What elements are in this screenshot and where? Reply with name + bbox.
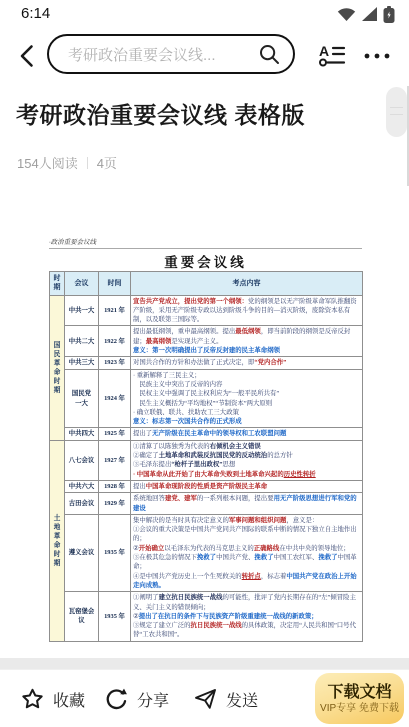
bottom-toolbar: 收藏 分享 发送 下载文档 VIP专享 免费下载 — [0, 669, 409, 727]
ellipsis-icon — [363, 52, 391, 60]
table-header-cell: 考点内容 — [131, 272, 363, 296]
table-header-cell: 会议 — [65, 272, 99, 296]
svg-text:A: A — [319, 43, 329, 59]
send-label: 发送 — [226, 688, 258, 711]
conference-cell: 遵义会议 — [65, 514, 99, 591]
conference-table-wrap: 时期会议时间考点内容 国 民 革 命 时 期中共一大1921 年宣告共产党成立，… — [49, 271, 362, 642]
time-cell: 1935 年 — [99, 514, 131, 591]
conference-table: 时期会议时间考点内容 国 民 革 命 时 期中共一大1921 年宣告共产党成立，… — [49, 271, 363, 642]
star-icon — [20, 687, 45, 711]
status-bar: 6:14 — [0, 0, 409, 28]
table-row: 中共六大1928 年提出中国革命现阶段的性质是资产阶级民主革命 — [50, 480, 363, 492]
table-row: 国民党 一大1924 年· 重新解释了三民主义； 民族主义中突出了反帝的内容 民… — [50, 369, 363, 428]
table-row: 国 民 革 命 时 期中共一大1921 年宣告共产党成立，提出党的第一个纲领：党… — [50, 295, 363, 326]
send-button[interactable]: 发送 — [193, 670, 258, 727]
time-cell: 1924 年 — [99, 369, 131, 428]
nav-bar: 考研政治重要会议线... A — [0, 28, 409, 84]
cell-signal-icon — [361, 7, 378, 22]
content-cell: 提出中国革命现阶段的性质是资产阶级民主革命 — [131, 480, 363, 492]
time-cell: 1928 年 — [99, 480, 131, 492]
table-row: 古田会议1929 年系统地回答建党、建军的一系列根本问题，提出要用无产阶级思想进… — [50, 493, 363, 515]
conference-cell: 中共六大 — [65, 480, 99, 492]
table-row: 中共二大1922 年提出最低纲领，重申最高纲领。提出最低纲领，即当前阶段的纲领是… — [50, 326, 363, 357]
clock: 6:14 — [21, 5, 50, 22]
conference-cell: 国民党 一大 — [65, 369, 99, 428]
favorite-label: 收藏 — [53, 688, 85, 711]
download-subtitle: VIP专享 免费下载 — [320, 702, 399, 715]
content-cell: 提出了无产阶级在民主革命中的领导权和工农联盟问题 — [131, 428, 363, 440]
conference-cell: 古田会议 — [65, 493, 99, 515]
battery-icon — [383, 6, 395, 23]
content-cell: 集中解决的是当时具有决定意义的军事问题和组织问题，意义是：①会议的重大决策是中国… — [131, 514, 363, 591]
read-count: 154人阅读 — [17, 153, 78, 172]
table-header-cell: 时间 — [99, 272, 131, 296]
search-input[interactable]: 考研政治重要会议线... — [47, 34, 295, 74]
search-placeholder: 考研政治重要会议线... — [68, 44, 259, 65]
content-cell: 宣告共产党成立，提出党的第一个纲领：党的纲领是以无产阶级革命军队推翻资产阶级，采… — [131, 295, 363, 326]
chevron-left-icon — [19, 44, 34, 68]
conference-cell: 中共一大 — [65, 295, 99, 326]
table-row: 中共四大1925 年提出了无产阶级在民主革命中的领导权和工农联盟问题 — [50, 428, 363, 440]
table-header-cell: 时期 — [50, 272, 65, 296]
download-button[interactable]: 下载文档 VIP专享 免费下载 — [315, 673, 404, 724]
conference-cell: 中共四大 — [65, 428, 99, 440]
content-cell: 系统地回答建党、建军的一系列根本问题，提出要用无产阶级思想进行军和党的建设 — [131, 493, 363, 515]
meta-divider — [87, 157, 88, 169]
table-row: 遵义会议1935 年集中解决的是当时具有决定意义的军事问题和组织问题，意义是：①… — [50, 514, 363, 591]
conference-cell: 瓦窑堡会议 — [65, 592, 99, 641]
doc-meta: 154人阅读 4页 — [17, 153, 117, 172]
table-header-row: 时期会议时间考点内容 — [50, 272, 363, 296]
table-row: 瓦窑堡会议1935 年①阐明了建立抗日民族统一战线的可能性，批评了党内长期存在的… — [50, 592, 363, 641]
document-running-header: ·政治重要会议线 — [49, 237, 362, 249]
wifi-icon — [337, 7, 356, 22]
conference-cell: 中共三大 — [65, 357, 99, 369]
conference-cell: 八七会议 — [65, 440, 99, 480]
share-label: 分享 — [137, 688, 169, 711]
time-cell: 1922 年 — [99, 326, 131, 357]
magnifier-icon[interactable] — [259, 44, 280, 65]
page-count: 4页 — [97, 153, 117, 172]
period-cell: 土 地 革 命 时 期 — [50, 440, 65, 641]
text-settings-icon: A — [319, 43, 347, 69]
time-cell: 1929 年 — [99, 493, 131, 515]
content-cell: · 重新解释了三民主义； 民族主义中突出了反帝的内容 民权主义中强调了民主权利应… — [131, 369, 363, 428]
time-cell: 1923 年 — [99, 357, 131, 369]
status-icons — [337, 6, 395, 23]
scroll-grip-line — [390, 114, 403, 115]
time-cell: 1927 年 — [99, 440, 131, 480]
page-title: 考研政治重要会议线 表格版 — [16, 97, 305, 130]
period-cell: 国 民 革 命 时 期 — [50, 295, 65, 440]
time-cell: 1921 年 — [99, 295, 131, 326]
download-title: 下载文档 — [327, 683, 391, 702]
content-cell: ①阐明了建立抗日民族统一战线的可能性，批评了党内长期存在的“左”倾冒险主义、关门… — [131, 592, 363, 641]
page-gap — [0, 658, 409, 669]
document-preview[interactable]: ·政治重要会议线 重要会议线 时期会议时间考点内容 国 民 革 命 时 期中共一… — [0, 200, 409, 658]
more-menu-button[interactable] — [360, 41, 394, 71]
content-cell: ①清算了以陈独秀为代表的右倾机会主义错误②确定了土地革命和武装反抗国民党的反动统… — [131, 440, 363, 480]
table-row: 中共三大1923 年对国共合作的方针和办法做了正式决定，即“党内合作” — [50, 357, 363, 369]
share-button[interactable]: 分享 — [104, 670, 169, 727]
content-cell: 提出最低纲领，重申最高纲领。提出最低纲领，即当前阶段的纲领是反帝反封建；最高纲领… — [131, 326, 363, 357]
favorite-button[interactable]: 收藏 — [20, 670, 85, 727]
content-cell: 对国共合作的方针和办法做了正式决定，即“党内合作” — [131, 357, 363, 369]
share-icon — [104, 687, 129, 712]
paper-plane-icon — [193, 687, 218, 711]
scrollbar-thumb[interactable] — [386, 87, 407, 137]
conference-cell: 中共二大 — [65, 326, 99, 357]
back-button[interactable] — [13, 42, 39, 70]
scroll-grip-line — [390, 107, 403, 108]
table-row: 土 地 革 命 时 期八七会议1927 年①清算了以陈独秀为代表的右倾机会主义错… — [50, 440, 363, 480]
reader-settings-button[interactable]: A — [318, 41, 348, 71]
table-title: 重要会议线 — [49, 251, 362, 271]
time-cell: 1935 年 — [99, 592, 131, 641]
time-cell: 1925 年 — [99, 428, 131, 440]
